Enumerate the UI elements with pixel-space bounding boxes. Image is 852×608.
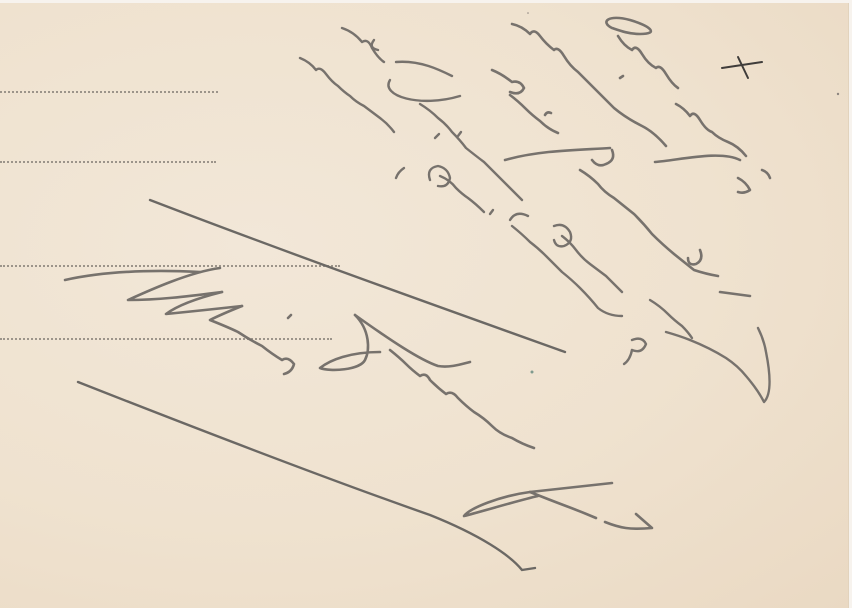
line-vriend — [512, 24, 666, 146]
line-jan-berkwerk — [492, 70, 750, 296]
underline-upper — [150, 200, 565, 352]
underline-lower — [78, 382, 535, 570]
handwriting-strokes — [0, 3, 848, 608]
line-als-bewijs — [342, 28, 770, 402]
line-aan-mijn — [606, 18, 770, 193]
postcard: Aan mijn vriend Jan Berkwerk als bewijs … — [0, 3, 849, 608]
x-mark-icon — [722, 57, 762, 78]
